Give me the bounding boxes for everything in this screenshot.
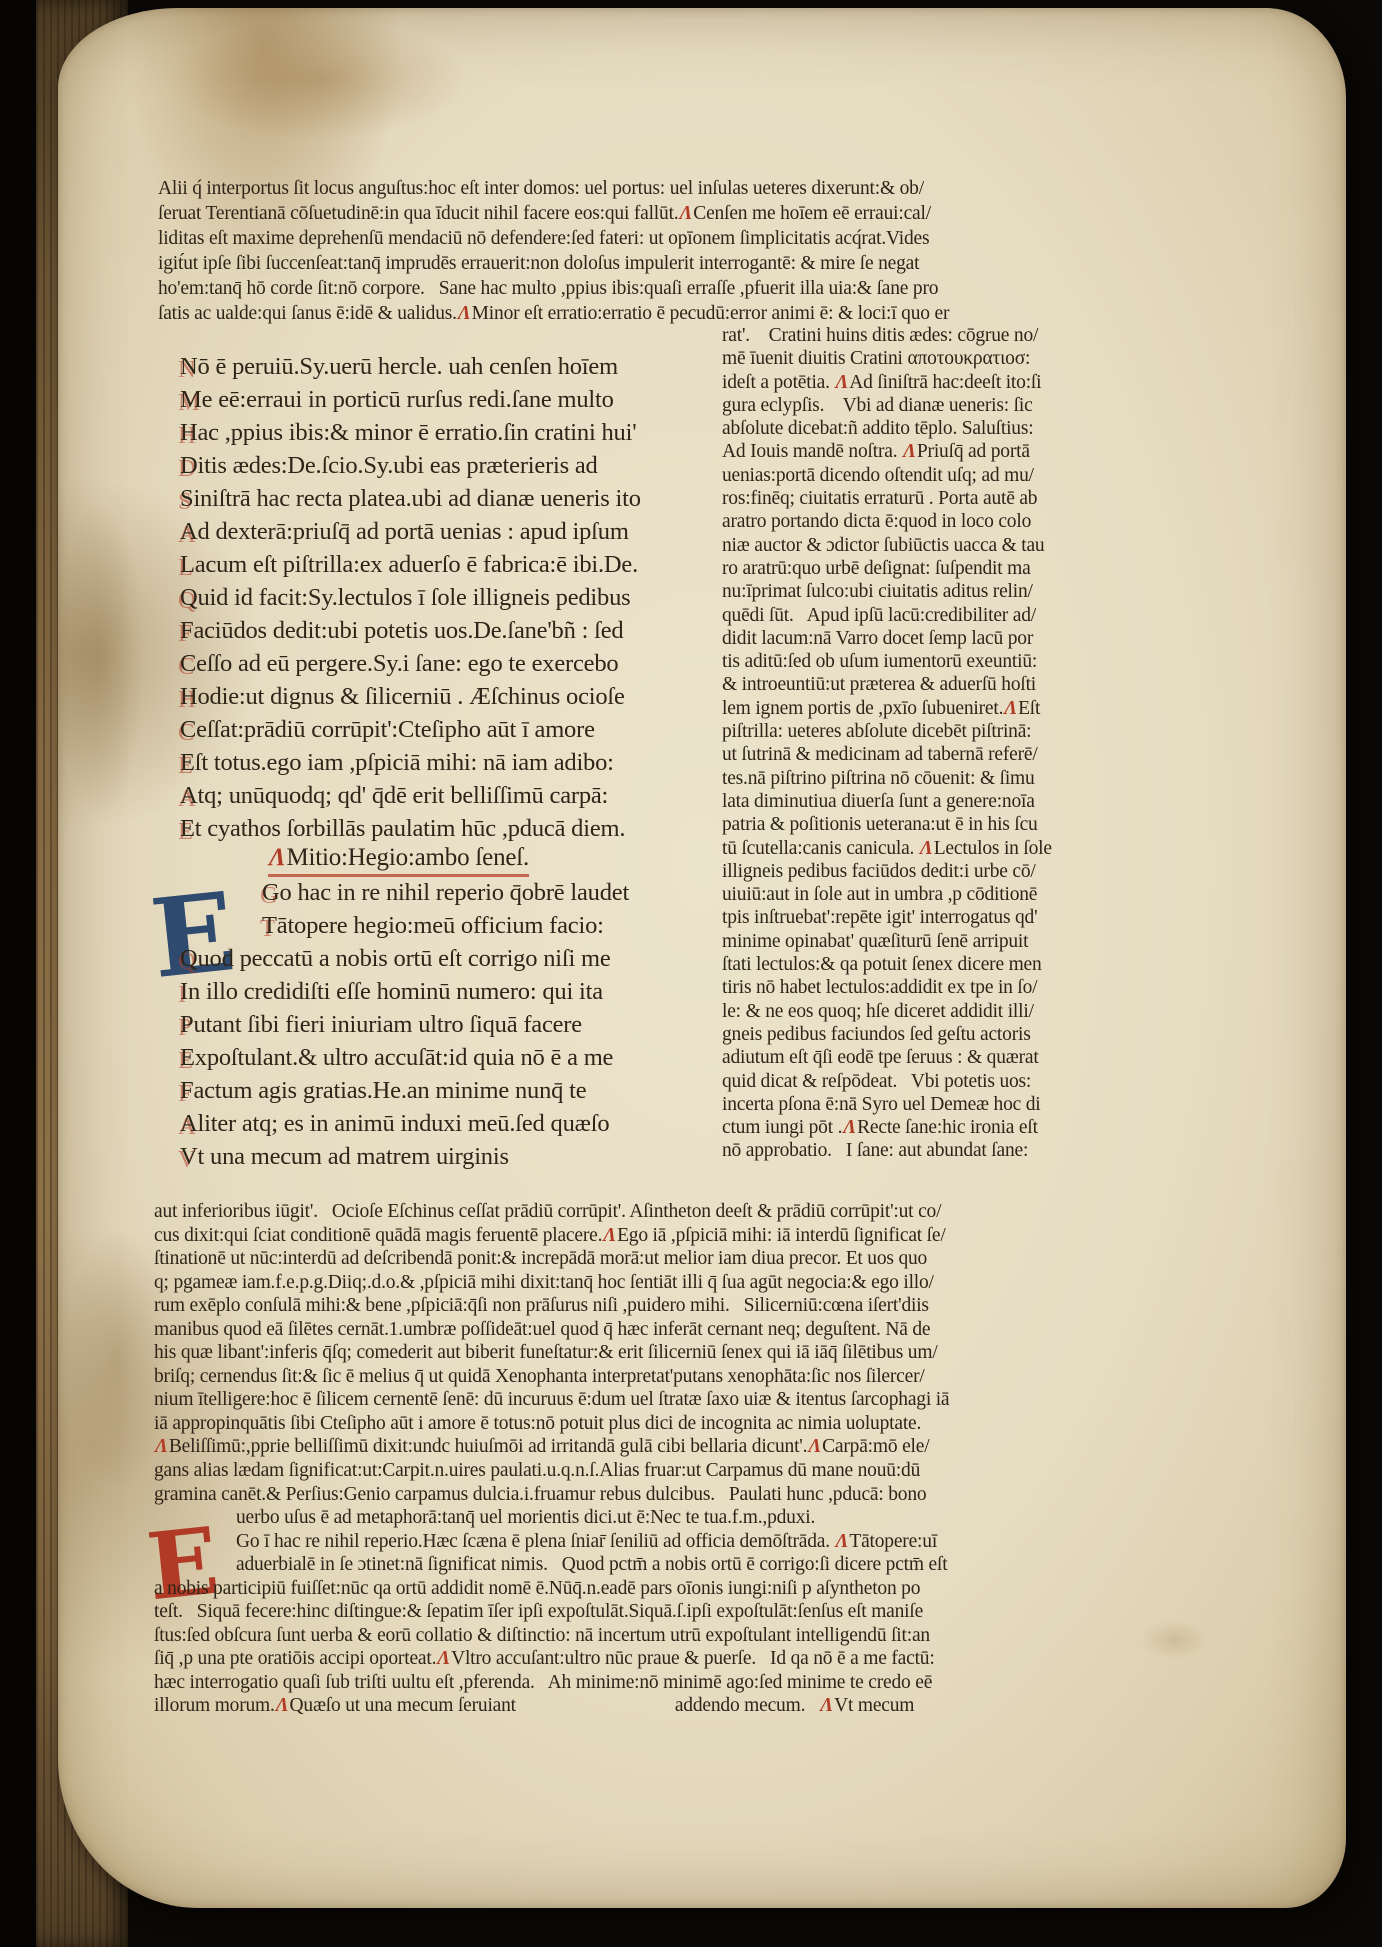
text-line: gneis pedibus faciundos ſed geſtu actori… — [722, 1023, 1118, 1046]
text-line: abſolute dicebat:ñ addito tēplo. Saluſti… — [722, 417, 1118, 440]
text-line: ΛBeliſſimū:,pprie belliſſimū dixit:undc … — [154, 1435, 1238, 1459]
text-line: Lacum eſt piſtrilla:ex aduerſo ē fabrica… — [180, 548, 680, 581]
text-line: Quid id facit:Sy.lectulos ī ſole illigne… — [180, 581, 680, 614]
text-line: Vt una mecum ad matrem uirginis — [180, 1140, 680, 1173]
text-line: teſt. Siquā fecere:hinc diſtingue:& ſepa… — [154, 1600, 1238, 1624]
paragraph-mark: Λ — [1003, 698, 1018, 719]
text-line: ut ſutrinā & medicinam ad tabernā referē… — [722, 743, 1118, 766]
paragraph-mark: Λ — [835, 1531, 850, 1552]
paragraph-mark: Λ — [842, 1117, 857, 1138]
text-line: nu:īprimat ſulco:ubi ciuitatis aditus re… — [722, 580, 1118, 603]
text-line: mē īuenit diuitis Cratini αποτουκρατιοσ: — [722, 347, 1118, 370]
paragraph-mark: Λ — [457, 303, 472, 324]
text-line: gans alias lædam ſignificat:ut:Carpit.n.… — [154, 1459, 1238, 1483]
text-line: Putant ſibi fieri iniuriam ultro ſiquā f… — [180, 1008, 680, 1041]
text-line: tis aditū:ſed ob uſum iumentorū exeuntiū… — [722, 650, 1118, 673]
text-line: Me eē:erraui in porticū rurſus redi.ſane… — [180, 383, 680, 416]
text-line: rum exēplo conſulā mihi:& bene ,pſpiciā:… — [154, 1294, 1238, 1318]
text-line: Ceſſat:prādiū corrūpit':Cteſipho aūt ī a… — [180, 713, 680, 746]
paragraph-mark: Λ — [834, 372, 849, 393]
text-line: Ditis ædes:De.ſcio.Sy.ubi eas præterieri… — [180, 449, 680, 482]
text-line: Go hac in re nihil reperio q̄obrē laudet — [180, 876, 680, 909]
text-line: Ad Iouis mandē noſtra. ΛPriuſq̄ ad portā — [722, 440, 1118, 463]
text-line: patria & poſitionis ueterana:ut ē in his… — [722, 813, 1118, 836]
text-line: ideſt a potētia. ΛAd ſiniſtrā hac:deeſt … — [722, 371, 1118, 394]
text-line: cus dixit:qui ſciat conditionē quādā mag… — [154, 1224, 1238, 1248]
verse-block-2: Go hac in re nihil reperio q̄obrē laudet… — [180, 876, 680, 1173]
text-line: uenias:portā dicendo oſtendit uſq; ad mu… — [722, 464, 1118, 487]
text-line: aduerbialē in ſe ɔtinet:nā ſignificat ni… — [154, 1553, 1238, 1577]
text-line: Go ī hac re nihil reperio.Hæc ſcæna ē pl… — [154, 1530, 1238, 1554]
text-line: didit lacum:nā Varro docet ſemp lacū por — [722, 627, 1118, 650]
text-line: ſtus:ſed obſcura ſunt uerba & eorū colla… — [154, 1624, 1238, 1648]
text-line: Tātopere hegio:meū officium facio: — [180, 909, 680, 942]
paragraph-mark: Λ — [275, 1695, 290, 1716]
text-line: le: & ne eos quoq; hſe diceret addidit i… — [722, 1000, 1118, 1023]
text-line: adiutum eſt q̄ſi eodē tpe ſeruus : & quæ… — [722, 1046, 1118, 1069]
text-line: rat'. Cratini huins ditis ædes: cōgrue n… — [722, 324, 1118, 347]
paragraph-mark: Λ — [919, 838, 934, 859]
text-line: tpis inſtruebat':repēte igit' interrogat… — [722, 906, 1118, 929]
text-line: ro aratrū:quo urbē deſignat: ſuſpendit m… — [722, 557, 1118, 580]
verse-block: Nō ē peruiū.Sy.uerū hercle. uah cenſen h… — [180, 350, 680, 845]
text-line: ΛMitio:Hegio:ambo ſeneſ. — [268, 843, 529, 877]
text-line: Nō ē peruiū.Sy.uerū hercle. uah cenſen h… — [180, 350, 680, 383]
top-commentary-block: Alii q́ interportus ſit locus anguſtus:h… — [158, 176, 1234, 326]
text-line: Expoſtulant.& ultro accuſāt:id quia nō ē… — [180, 1041, 680, 1074]
text-line: q; pgameæ iam.f.e.p.g.Diiq;.d.o.& ,pſpic… — [154, 1271, 1238, 1295]
text-line: In illo credidiſti eſſe hominū numero: q… — [180, 975, 680, 1008]
text-line: Faciūdos dedit:ubi potetis uos.De.ſane'b… — [180, 614, 680, 647]
text-line: ſtati lectulos:& qa potuit ſenex dicere … — [722, 953, 1118, 976]
text-line: a nobis participiū fuiſſet:nūc qa ortū a… — [154, 1577, 1238, 1601]
text-line: tes.nā piſtrino piſtrina nō cōuenit: & ſ… — [722, 767, 1118, 790]
text-line: uiuiū:aut in ſole aut in umbra ,p cōditi… — [722, 883, 1118, 906]
paragraph-mark: Λ — [807, 1436, 822, 1457]
text-line: nium ītelligere:hoc ē ſilicem cernentē ſ… — [154, 1388, 1238, 1412]
text-line: & introeuntiū:ut præterea & aduerſū hoſt… — [722, 673, 1118, 696]
text-line: ſiq̄ ,p una pte oratiōis accipi oporteat… — [154, 1647, 1238, 1671]
text-line: Et cyathos ſorbillās paulatim hūc ,pducā… — [180, 812, 680, 845]
text-line: gura eclypſis. Vbi ad dianæ ueneris: ſic — [722, 394, 1118, 417]
text-line: iā appropinquātis ſibi Cteſipho aūt i am… — [154, 1412, 1238, 1436]
text-line: Ceſſo ad eū pergere.Sy.i ſane: ego te ex… — [180, 647, 680, 680]
text-line: ho'em:tanq̄ hō corde ſit:nō corpore. San… — [158, 276, 1234, 301]
text-line: Atq; unūquodq; qd' q̄dē erit belliſſimū … — [180, 779, 680, 812]
text-line: niæ auctor & ɔdictor ſubiūctis uacca & t… — [722, 534, 1118, 557]
text-line: gramina canēt.& Perſius:Genio carpamus d… — [154, 1483, 1238, 1507]
text-line: quid dicat & reſpōdeat. Vbi potetis uos: — [722, 1070, 1118, 1093]
text-line: aratro portando dicta ē:quod in loco col… — [722, 510, 1118, 533]
text-line: ros:finēq; ciuitatis erraturū . Porta au… — [722, 487, 1118, 510]
text-line: hæc interrogatio quaſi ſub triſti uultu … — [154, 1671, 1238, 1695]
text-line: quēdi ſūt. Apud ipſū lacū:credibiliter a… — [722, 604, 1118, 627]
text-line: illorum morum.ΛQuæſo ut una mecum ſeruia… — [154, 1694, 1238, 1718]
text-line: incerta pſona ē:nā Syro uel Demeæ hoc di — [722, 1093, 1118, 1116]
text-line: Ad dexterā:priuſq̄ ad portā uenias : apu… — [180, 515, 680, 548]
text-line: Hac ,ppius ibis:& minor ē erratio.ſin cr… — [180, 416, 680, 449]
text-line: aut inferioribus iūgit'. Ocioſe Eſchinus… — [154, 1200, 1238, 1224]
paragraph-mark: Λ — [602, 1225, 617, 1246]
text-line: Quod peccatū a nobis ortū eſt corrigo ni… — [180, 942, 680, 975]
text-line: Aliter atq; es in animū induxi meū.ſed q… — [180, 1107, 680, 1140]
text-line: Hodie:ut dignus & ſilicerniū . Æſchinus … — [180, 680, 680, 713]
scene-heading: ΛMitio:Hegio:ambo ſeneſ. — [268, 843, 688, 877]
text-line: Siniſtrā hac recta platea.ubi ad dianæ u… — [180, 482, 680, 515]
text-line: uerbo uſus ē ad metaphorā:tanq̄ uel mori… — [154, 1506, 1238, 1530]
paragraph-mark: Λ — [819, 1695, 834, 1716]
paragraph-mark: Λ — [268, 844, 286, 871]
paragraph-mark: Λ — [154, 1436, 169, 1457]
right-commentary-column: rat'. Cratini huins ditis ædes: cōgrue n… — [722, 324, 1118, 1163]
text-line: ſtinationē ut nūc:interdū ad deſcribendā… — [154, 1247, 1238, 1271]
text-line: manibus quod eā ſilētes cernāt.1.umbræ p… — [154, 1318, 1238, 1342]
text-line: his quæ libant':inferis q̄ſq; comederit … — [154, 1341, 1238, 1365]
text-line: Alii q́ interportus ſit locus anguſtus:h… — [158, 176, 1234, 201]
paragraph-mark: Λ — [678, 203, 693, 224]
text-line: ſatis ac ualde:qui ſanus ē:idē & ualidus… — [158, 301, 1234, 326]
text-line: tū ſcutella:canis canicula. ΛLectulos in… — [722, 837, 1118, 860]
text-line: lata diminutiua diuerſa ſunt a genere:no… — [722, 790, 1118, 813]
text-line: lem ignem portis de ,pxīo ſubueniret.ΛEſ… — [722, 697, 1118, 720]
text-line: piſtrilla: ueteres abſolute dicebēt piſt… — [722, 720, 1118, 743]
text-line: igit́ut ipſe ſibi ſuccenſeat:tanq̄ impru… — [158, 251, 1234, 276]
paragraph-mark: Λ — [436, 1648, 451, 1669]
text-line: nō approbatio. I ſane: aut abundat ſane: — [722, 1139, 1118, 1162]
text-line: minime opinabat' quæſiturū ſenē arripuit — [722, 930, 1118, 953]
text-line: liditas eſt maxime deprehenſū mendaciū n… — [158, 226, 1234, 251]
bottom-commentary-block: aut inferioribus iūgit'. Ocioſe Eſchinus… — [154, 1200, 1238, 1718]
text-line: ctum iungi pōt .ΛRecte ſane:hic ironia e… — [722, 1116, 1118, 1139]
paragraph-mark: Λ — [902, 441, 917, 462]
text-line: Eſt totus.ego iam ,pſpiciā mihi: nā iam … — [180, 746, 680, 779]
text-line: Factum agis gratias.He.an minime nunq̄ t… — [180, 1074, 680, 1107]
text-line: ſeruat Terentianā cōſuetudinē:in qua īdu… — [158, 201, 1234, 226]
text-line: tiris nō habet lectulos:addidit ex tpe i… — [722, 976, 1118, 999]
text-line: illigneis pedibus faciūdos dedit:i urbe … — [722, 860, 1118, 883]
text-line: briſq; cernendus ſit:& ſic ē melius q̄ u… — [154, 1365, 1238, 1389]
